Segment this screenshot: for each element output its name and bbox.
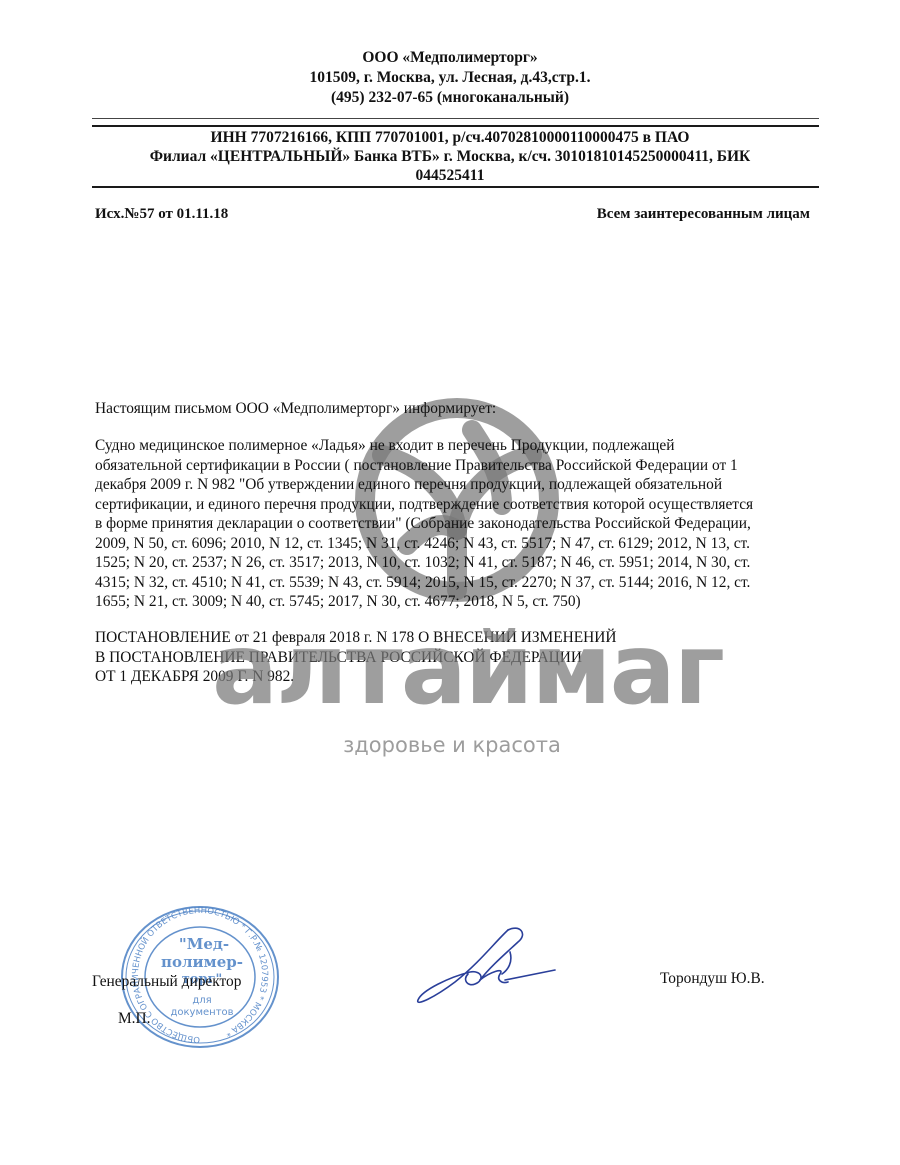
paragraph-line: Судно медицинское полимерное «Ладья» не … [95, 436, 825, 456]
bank-details-line: 044525411 [0, 166, 900, 185]
header-divider-top [92, 125, 819, 127]
outgoing-number: Исх.№57 от 01.11.18 [95, 206, 228, 223]
signer-name: Торондуш Ю.В. [660, 970, 765, 988]
paragraph-line: 4315; N 32, ст. 4510; N 41, ст. 5539; N … [95, 573, 825, 593]
paragraph-line: декабря 2009 г. N 982 "Об утверждении ед… [95, 475, 825, 495]
company-address: 101509, г. Москва, ул. Лесная, д.43,стр.… [0, 68, 900, 88]
letter-page: ООО «Медполимерторг» 101509, г. Москва, … [0, 0, 900, 1165]
stamp-center-text: полимер- [161, 953, 243, 971]
intro-paragraph: Настоящим письмом ООО «Медполимерторг» и… [95, 399, 825, 419]
paragraph-line: сертификации, и единого перечня продукци… [95, 495, 825, 515]
letterhead: ООО «Медполимерторг» 101509, г. Москва, … [0, 48, 900, 108]
addressee: Всем заинтересованным лицам [597, 206, 810, 223]
bank-details: ИНН 7707216166, КПП 770701001, р/сч.4070… [0, 128, 900, 185]
signer-title: Генеральный директор [92, 973, 241, 991]
paragraph-line: обязательной сертификации в России ( пос… [95, 456, 825, 476]
bank-details-line: Филиал «ЦЕНТРАЛЬНЫЙ» Банка ВТБ» г. Москв… [0, 147, 900, 166]
watermark-tagline: здоровье и красота [212, 733, 692, 757]
main-paragraph: Судно медицинское полимерное «Ладья» не … [95, 436, 825, 612]
company-phone: (495) 232-07-65 (многоканальный) [0, 88, 900, 108]
header-divider-thin [92, 118, 819, 119]
company-name: ООО «Медполимерторг» [0, 48, 900, 68]
paragraph-line: 1655; N 21, ст. 3009; N 40, ст. 5745; 20… [95, 592, 825, 612]
stamp-center-text: "Мед- [179, 935, 229, 953]
stamp-center-text: для [192, 995, 211, 1006]
stamp-center-text: документов [170, 1007, 233, 1018]
bank-details-line: ИНН 7707216166, КПП 770701001, р/сч.4070… [0, 128, 900, 147]
paragraph-line: 2009, N 50, ст. 6096; 2010, N 12, ст. 13… [95, 534, 825, 554]
seal-label: М.П. [118, 1010, 151, 1028]
paragraph-line: в форме принятия декларации о соответств… [95, 514, 825, 534]
paragraph-line: 1525; N 20, ст. 2537; N 26, ст. 3517; 20… [95, 553, 825, 573]
header-divider-bottom [92, 186, 819, 188]
watermark-brand: алтаймаг [212, 620, 692, 720]
signature-icon [410, 922, 560, 1017]
